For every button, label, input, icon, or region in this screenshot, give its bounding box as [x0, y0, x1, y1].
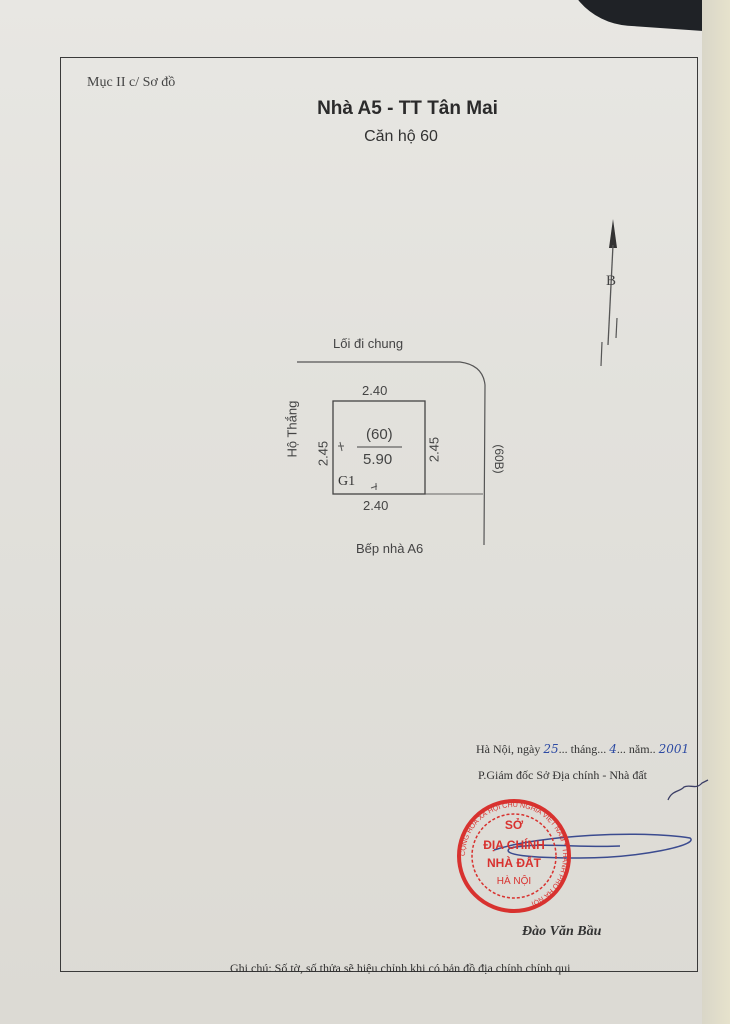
- svg-text:SỞ: SỞ: [505, 817, 524, 832]
- footnote: Ghi chú: Số tờ, số thửa sẽ hiệu chỉnh kh…: [230, 961, 570, 976]
- signer-name: Đào Văn Bầu: [522, 924, 601, 940]
- svg-text:ĐỊA CHÍNH: ĐỊA CHÍNH: [483, 837, 545, 852]
- svg-text:NHÀ ĐẤT: NHÀ ĐẤT: [487, 855, 542, 870]
- svg-text:HÀ NỘI: HÀ NỘI: [497, 874, 531, 887]
- official-stamp: SỞ ĐỊA CHÍNH NHÀ ĐẤT HÀ NỘI CỘNG HÒA XÃ …: [449, 797, 579, 915]
- handwritten-signature: [0, 0, 730, 1024]
